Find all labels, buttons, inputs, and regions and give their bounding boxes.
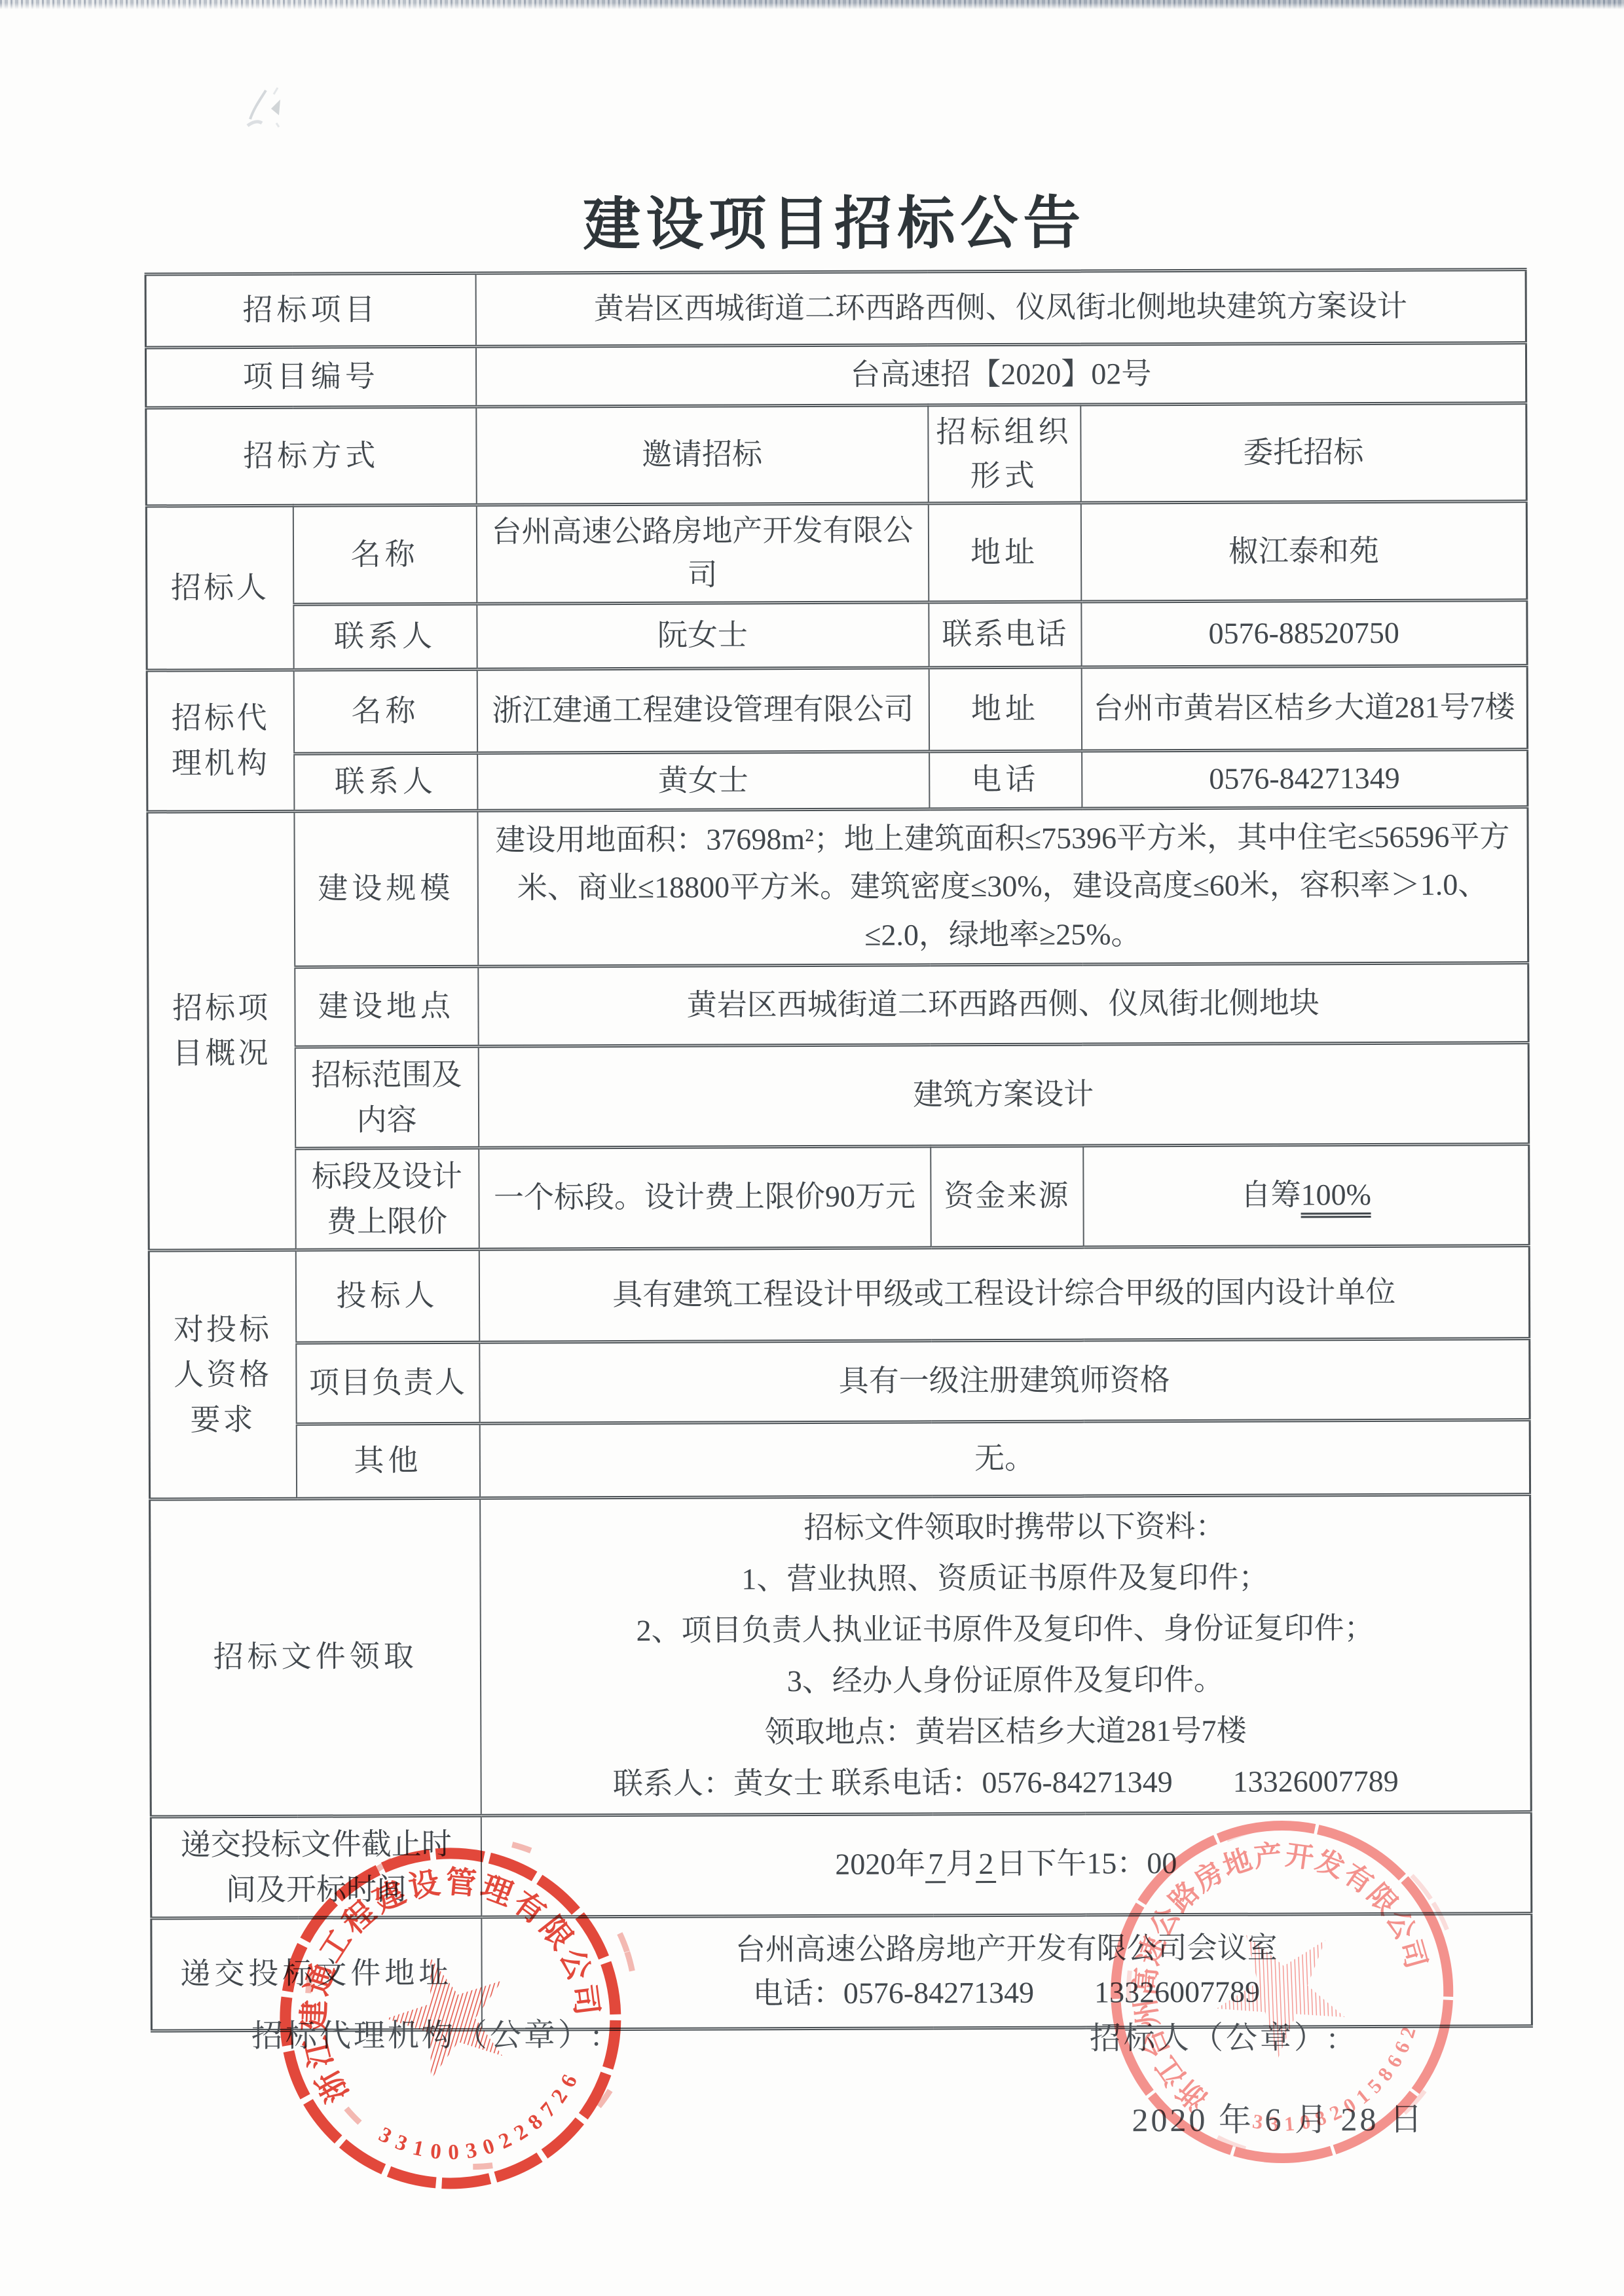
row-doc-pickup: 招标文件领取 招标文件领取时携带以下资料： 1、营业执照、资质证书原件及复印件；… <box>150 1494 1532 1816</box>
pickup-line-4: 3、经办人身份证原件及复印件。 <box>487 1653 1523 1708</box>
label-section-price: 标段及设计 费上限价 <box>295 1148 479 1250</box>
value-other: 无。 <box>479 1419 1530 1498</box>
star-icon <box>373 1939 525 2087</box>
value-scale: 建设用地面积：37698m²；地上建筑面积≤75396平方米，其中住宅≤5659… <box>477 807 1528 966</box>
row-leader-qualification: 项目负责人 具有一级注册建筑师资格 <box>149 1338 1530 1424</box>
value-agency-addr: 台州市黄岩区桔乡大道281号7楼 <box>1081 665 1527 750</box>
value-scope: 建筑方案设计 <box>478 1042 1529 1148</box>
pickup-line-2: 1、营业执照、资质证书原件及复印件； <box>487 1551 1523 1606</box>
row-scope: 招标范围及 内容 建筑方案设计 <box>148 1042 1529 1148</box>
tenderer-seal: 浙江台州高速公路房地产开发有限公司 3310820158662 <box>1079 1788 1486 2195</box>
group-overview-line1: 招标项 <box>155 985 287 1031</box>
label-section-line2: 费上限价 <box>303 1198 471 1244</box>
label-doc-pickup: 招标文件领取 <box>150 1498 481 1817</box>
value-funding: 自筹100% <box>1083 1144 1530 1247</box>
row-tenderer-contact: 联系人 阮女士 联系电话 0576-88520750 <box>147 600 1527 670</box>
value-agency-name: 浙江建通工程建设管理有限公司 <box>477 668 929 753</box>
row-method: 招标方式 邀请招标 招标组织形式 委托招标 <box>146 403 1527 507</box>
pickup-line-1: 招标文件领取时携带以下资料： <box>487 1500 1523 1555</box>
deadline-day: 2 <box>976 1847 996 1883</box>
group-qual-line2: 人资格 <box>157 1351 289 1397</box>
label-agency-contact: 联系人 <box>294 753 477 811</box>
label-tenderer-phone: 联系电话 <box>929 602 1081 668</box>
label-bidder: 投标人 <box>295 1249 479 1343</box>
value-tender-project: 黄岩区西城街道二环西路西侧、仪凤街北侧地块建筑方案设计 <box>475 270 1526 347</box>
group-overview-line2: 目概况 <box>156 1030 288 1076</box>
group-agency-line2: 理机构 <box>155 740 287 786</box>
value-method: 邀请招标 <box>476 405 929 505</box>
label-scope-line2: 内容 <box>302 1097 471 1142</box>
label-org-form: 招标组织形式 <box>928 405 1081 503</box>
value-doc-pickup: 招标文件领取时携带以下资料： 1、营业执照、资质证书原件及复印件； 2、项目负责… <box>480 1494 1532 1815</box>
value-bidder: 具有建筑工程设计甲级或工程设计综合甲级的国内设计单位 <box>479 1245 1529 1342</box>
row-project-no: 项目编号 台高速招【2020】02号 <box>145 343 1526 408</box>
value-tenderer-addr: 椒江泰和苑 <box>1080 501 1527 602</box>
row-agency-name: 招标代 理机构 名称 浙江建通工程建设管理有限公司 地址 台州市黄岩区桔乡大道2… <box>147 665 1527 754</box>
label-method: 招标方式 <box>146 407 477 506</box>
group-qual-line3: 要求 <box>157 1396 289 1442</box>
label-section-line1: 标段及设计 <box>303 1153 471 1199</box>
deadline-part1: 2020年 <box>835 1848 925 1881</box>
value-org-form: 委托招标 <box>1080 403 1527 503</box>
label-agency-name: 名称 <box>293 669 477 754</box>
deadline-month: 7 <box>925 1847 946 1883</box>
label-project-no: 项目编号 <box>145 346 475 408</box>
group-qualification: 对投标 人资格 要求 <box>149 1250 296 1499</box>
row-section-price: 标段及设计 费上限价 一个标段。设计费上限价90万元 资金来源 自筹100% <box>149 1144 1530 1250</box>
value-project-no: 台高速招【2020】02号 <box>475 343 1526 407</box>
label-agency-addr: 地址 <box>929 667 1081 752</box>
bid-announcement-table: 招标项目 黄岩区西城街道二环西路西侧、仪凤街北侧地块建筑方案设计 项目编号 台高… <box>145 268 1533 2032</box>
value-agency-phone: 0576-84271349 <box>1082 749 1528 808</box>
page-title: 建设项目招标公告 <box>144 175 1524 263</box>
label-scope-line1: 招标范围及 <box>302 1051 471 1097</box>
value-section-price: 一个标段。设计费上限价90万元 <box>479 1146 931 1248</box>
label-site: 建设地点 <box>295 966 478 1047</box>
label-leader: 项目负责人 <box>296 1342 479 1424</box>
label-agency-phone: 电话 <box>929 751 1082 809</box>
row-agency-contact: 联系人 黄女士 电话 0576-84271349 <box>147 749 1528 811</box>
value-site: 黄岩区西城街道二环西路西侧、仪凤街北侧地块 <box>478 962 1528 1046</box>
funding-prefix: 自筹 <box>1240 1178 1301 1212</box>
scanned-document-page: 建设项目招标公告 招标项目 黄岩区西城街道二环西路西侧、仪凤街北侧地块建筑方案设… <box>0 0 1624 2296</box>
row-tenderer-name: 招标人 名称 台州高速公路房地产开发有限公司 地址 椒江泰和苑 <box>146 501 1527 605</box>
pickup-line-3: 2、项目负责人执业证书原件及复印件、身份证复印件； <box>487 1602 1523 1657</box>
label-funding: 资金来源 <box>931 1146 1084 1248</box>
deadline-part2: 月 <box>946 1847 976 1880</box>
row-bidder-qualification: 对投标 人资格 要求 投标人 具有建筑工程设计甲级或工程设计综合甲级的国内设计单… <box>149 1245 1529 1343</box>
label-tenderer-name: 名称 <box>293 505 477 604</box>
value-leader: 具有一级注册建筑师资格 <box>479 1338 1530 1423</box>
group-tenderer: 招标人 <box>146 506 293 670</box>
label-scale: 建设规模 <box>294 811 478 967</box>
document-sheet: 建设项目招标公告 招标项目 黄岩区西城街道二环西路西侧、仪凤街北侧地块建筑方案设… <box>0 0 1624 2296</box>
label-tenderer-addr: 地址 <box>928 503 1081 602</box>
value-tenderer-name: 台州高速公路房地产开发有限公司 <box>476 503 929 604</box>
value-tenderer-contact: 阮女士 <box>477 602 929 669</box>
value-agency-contact: 黄女士 <box>477 752 929 811</box>
row-other-qualification: 其他 无。 <box>149 1419 1530 1499</box>
label-other: 其他 <box>296 1423 479 1499</box>
row-site: 建设地点 黄岩区西城街道二环西路西侧、仪凤街北侧地块 <box>148 962 1528 1047</box>
row-scale: 招标项 目概况 建设规模 建设用地面积：37698m²；地上建筑面积≤75396… <box>147 807 1528 967</box>
funding-percent: 100% <box>1301 1178 1371 1218</box>
pickup-line-5: 领取地点：黄岩区桔乡大道281号7楼 <box>488 1704 1524 1759</box>
group-agency: 招标代 理机构 <box>147 670 294 812</box>
label-scope: 招标范围及 内容 <box>295 1046 479 1148</box>
group-overview: 招标项 目概况 <box>147 811 295 1250</box>
value-tenderer-phone: 0576-88520750 <box>1081 600 1527 666</box>
label-tenderer-contact: 联系人 <box>293 604 477 670</box>
row-tender-project: 招标项目 黄岩区西城街道二环西路西侧、仪凤街北侧地块建筑方案设计 <box>145 270 1526 348</box>
group-agency-line1: 招标代 <box>155 695 287 741</box>
star-icon <box>1192 1901 1366 2073</box>
group-qual-line1: 对投标 <box>157 1306 289 1352</box>
agency-seal: 浙江建通工程建设管理有限公司 3310030228726 <box>247 1815 654 2222</box>
label-tender-project: 招标项目 <box>145 273 475 348</box>
